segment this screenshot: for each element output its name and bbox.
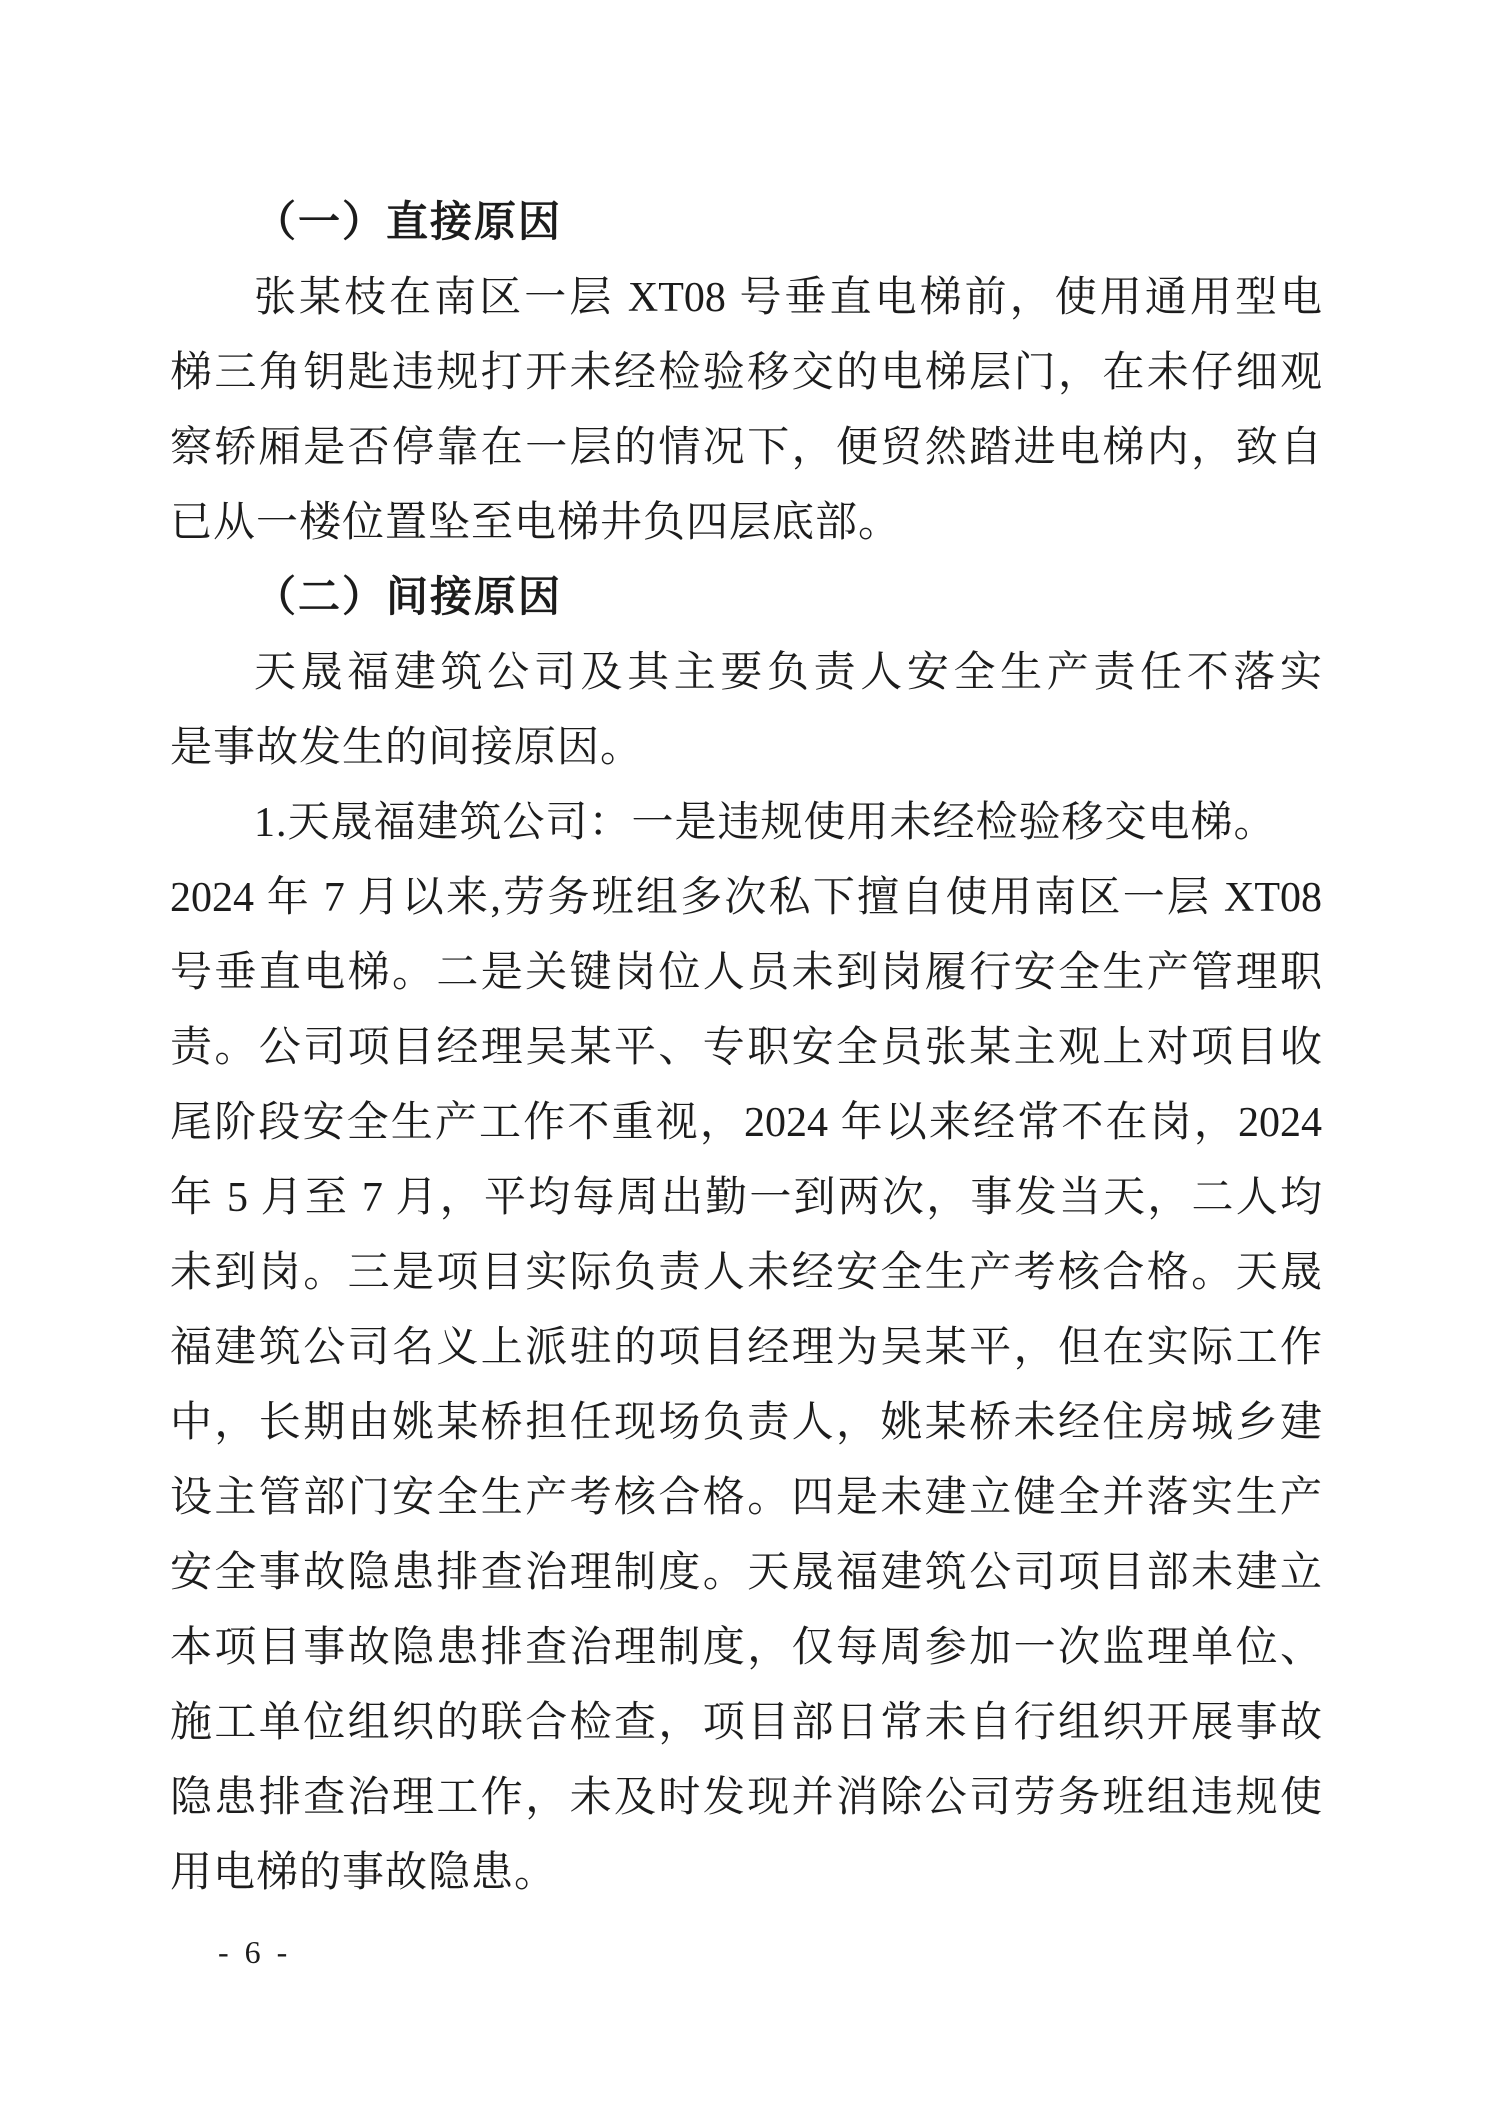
text-line: 责。公司项目经理吴某平、专职安全员张某主观上对项目收 <box>170 1011 1322 1086</box>
text-line: 梯三角钥匙违规打开未经检验移交的电梯层门，在未仔细观 <box>170 336 1322 411</box>
page-number: - 6 - <box>218 1934 291 1971</box>
text-line: 察轿厢是否停靠在一层的情况下，便贸然踏进电梯内，致自 <box>170 411 1322 486</box>
document-page: （一）直接原因 张某枝在南区一层 XT08 号垂直电梯前，使用通用型电 梯三角钥… <box>0 0 1487 2104</box>
text-line: 天晟福建筑公司及其主要负责人安全生产责任不落实 <box>170 636 1322 711</box>
text-line: 福建筑公司名义上派驻的项目经理为吴某平，但在实际工作 <box>170 1311 1322 1386</box>
text-line: 尾阶段安全生产工作不重视，2024 年以来经常不在岗，2024 <box>170 1086 1322 1161</box>
text-line: 1.天晟福建筑公司：一是违规使用未经检验移交电梯。 <box>170 786 1322 861</box>
text-line: 年 5 月至 7 月，平均每周出勤一到两次，事发当天，二人均 <box>170 1161 1322 1236</box>
text-line: 2024 年 7 月以来,劳务班组多次私下擅自使用南区一层 XT08 <box>170 861 1322 936</box>
text-line: 中，长期由姚某桥担任现场负责人，姚某桥未经住房城乡建 <box>170 1386 1322 1461</box>
section-heading-indirect-cause: （二）间接原因 <box>170 561 1322 636</box>
document-body: （一）直接原因 张某枝在南区一层 XT08 号垂直电梯前，使用通用型电 梯三角钥… <box>170 186 1322 1911</box>
text-line: 张某枝在南区一层 XT08 号垂直电梯前，使用通用型电 <box>170 261 1322 336</box>
text-line: 安全事故隐患排查治理制度。天晟福建筑公司项目部未建立 <box>170 1536 1322 1611</box>
text-line: 号垂直电梯。二是关键岗位人员未到岗履行安全生产管理职 <box>170 936 1322 1011</box>
text-line: 设主管部门安全生产考核合格。四是未建立健全并落实生产 <box>170 1461 1322 1536</box>
text-line: 用电梯的事故隐患。 <box>170 1836 1322 1911</box>
text-line: 是事故发生的间接原因。 <box>170 711 1322 786</box>
text-line: 已从一楼位置坠至电梯井负四层底部。 <box>170 486 1322 561</box>
text-line: 施工单位组织的联合检查，项目部日常未自行组织开展事故 <box>170 1686 1322 1761</box>
text-line: 未到岗。三是项目实际负责人未经安全生产考核合格。天晟 <box>170 1236 1322 1311</box>
text-line: 隐患排查治理工作，未及时发现并消除公司劳务班组违规使 <box>170 1761 1322 1836</box>
text-line: 本项目事故隐患排查治理制度，仅每周参加一次监理单位、 <box>170 1611 1322 1686</box>
section-heading-direct-cause: （一）直接原因 <box>170 186 1322 261</box>
